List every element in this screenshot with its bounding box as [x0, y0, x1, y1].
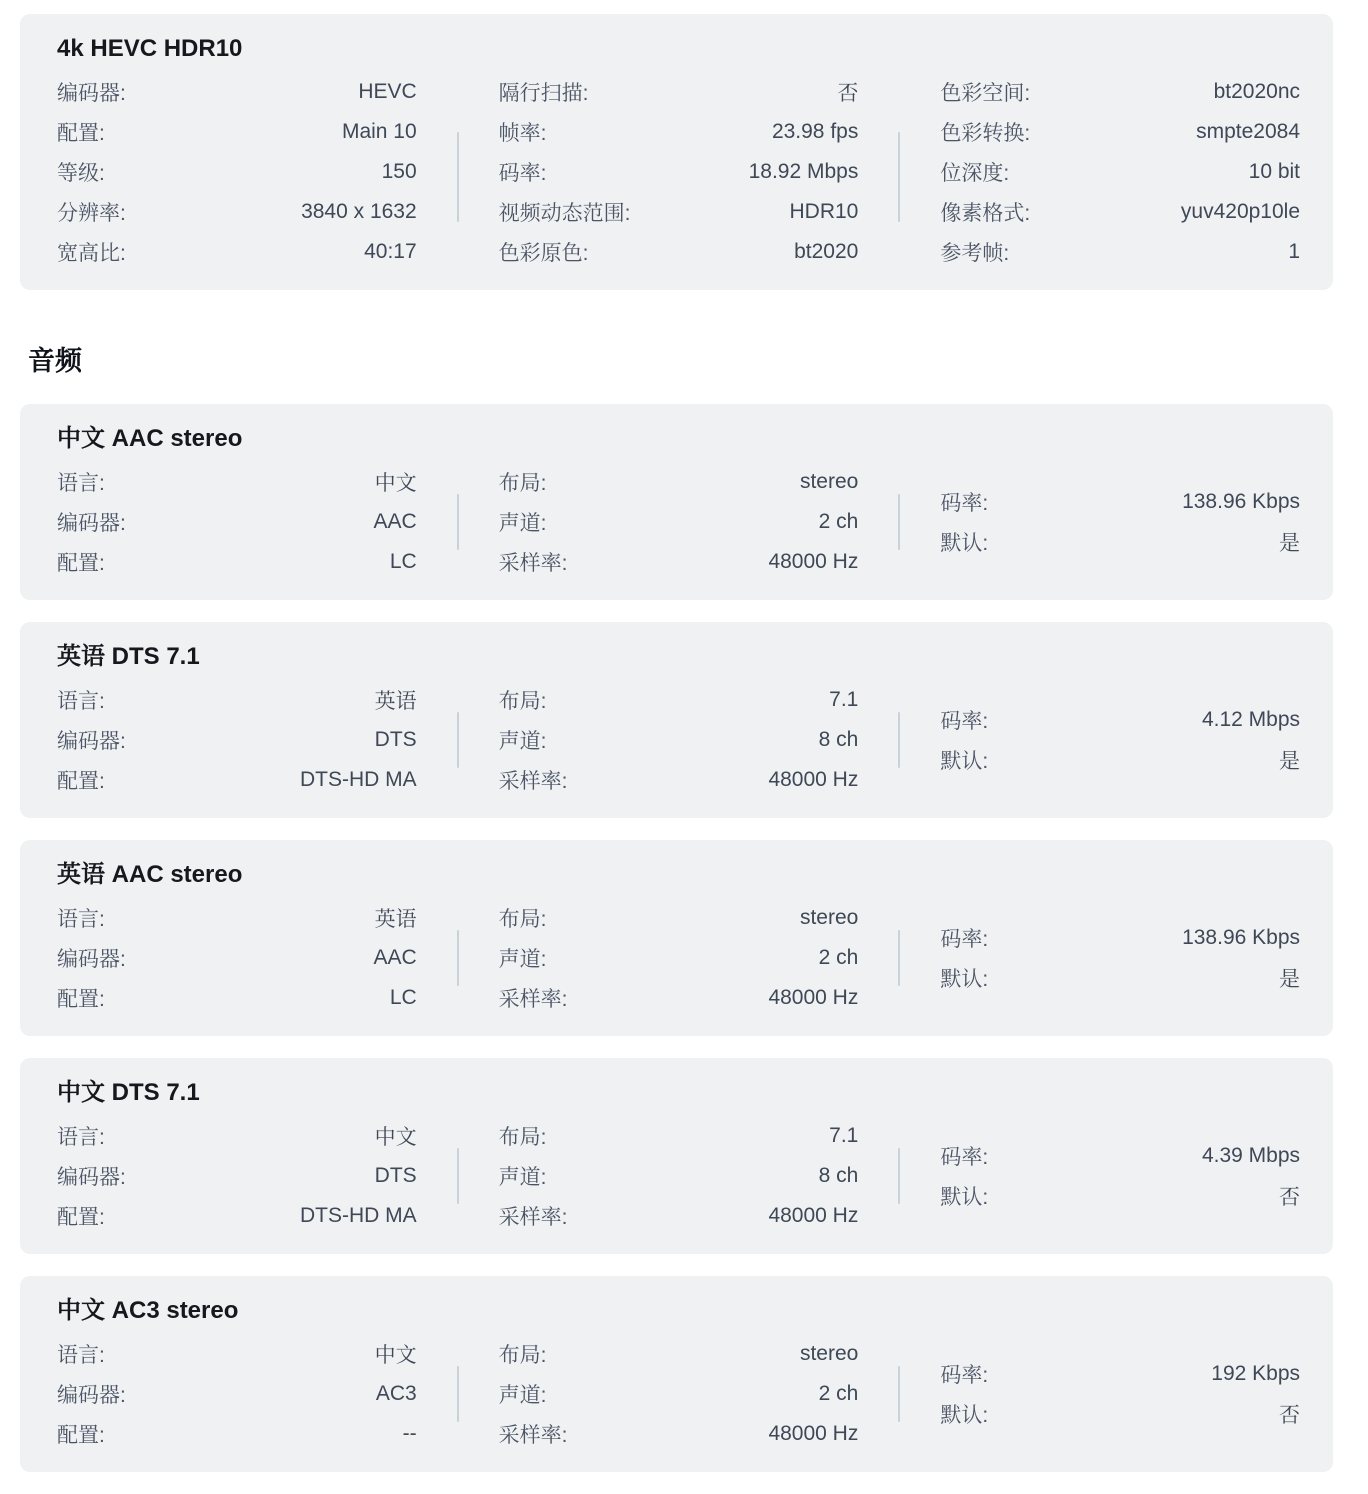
- audio-col-layout: 布局:7.1声道:8 ch采样率:48000 Hz: [499, 1116, 859, 1236]
- field-label: 配置:: [57, 1201, 105, 1231]
- field-value: 2 ch: [819, 510, 859, 534]
- field-label: 声道:: [499, 1379, 547, 1409]
- video-stream-card: 4k HEVC HDR10 编码器:HEVC配置:Main 10等级:150分辨…: [20, 14, 1333, 290]
- field-value: 中文: [375, 467, 417, 497]
- field-label: 语言:: [57, 467, 105, 497]
- info-row: 编码器:DTS: [57, 720, 417, 760]
- vertical-divider: [457, 930, 459, 986]
- audio-col-bitrate: 码率:4.12 Mbps默认:是: [940, 680, 1300, 800]
- field-value: 否: [1279, 1399, 1300, 1429]
- info-row: 布局:stereo: [499, 462, 859, 502]
- field-value: 2 ch: [819, 946, 859, 970]
- field-value: AAC: [373, 510, 416, 534]
- info-row: 语言:英语: [57, 680, 417, 720]
- info-row: 配置:LC: [57, 542, 417, 582]
- field-label: 声道:: [499, 943, 547, 973]
- field-value: 英语: [375, 685, 417, 715]
- field-value: bt2020: [794, 240, 858, 264]
- field-label: 配置:: [57, 983, 105, 1013]
- vertical-divider: [457, 132, 459, 222]
- field-label: 编码器:: [57, 1379, 126, 1409]
- audio-col-codec: 语言:英语编码器:DTS配置:DTS-HD MA: [57, 680, 417, 800]
- info-row: 默认:是: [940, 958, 1300, 998]
- audio-card-columns: 语言:英语编码器:AAC配置:LC 布局:stereo声道:2 ch采样率:48…: [57, 898, 1300, 1018]
- audio-card-title: 中文 AC3 stereo: [57, 1296, 1300, 1326]
- field-label: 像素格式:: [940, 197, 1030, 227]
- info-row: 声道:2 ch: [499, 502, 859, 542]
- field-label: 采样率:: [499, 547, 568, 577]
- vertical-divider: [898, 494, 900, 550]
- info-row: 码率:4.12 Mbps: [940, 700, 1300, 740]
- field-value: bt2020nc: [1214, 80, 1300, 104]
- field-value: stereo: [800, 906, 858, 930]
- field-value: 是: [1279, 963, 1300, 993]
- field-value: DTS: [375, 728, 417, 752]
- field-value: 10 bit: [1249, 160, 1300, 184]
- info-row: 配置:Main 10: [57, 112, 417, 152]
- info-row: 码率:4.39 Mbps: [940, 1136, 1300, 1176]
- audio-stream-card: 中文 AC3 stereo 语言:中文编码器:AC3配置:-- 布局:stere…: [20, 1276, 1333, 1472]
- audio-col-layout: 布局:stereo声道:2 ch采样率:48000 Hz: [499, 462, 859, 582]
- info-row: 码率:192 Kbps: [940, 1354, 1300, 1394]
- audio-col-bitrate: 码率:4.39 Mbps默认:否: [940, 1116, 1300, 1236]
- info-row: 视频动态范围:HDR10: [499, 192, 859, 232]
- info-row: 分辨率:3840 x 1632: [57, 192, 417, 232]
- field-label: 编码器:: [57, 507, 126, 537]
- field-label: 默认:: [940, 1399, 988, 1429]
- field-label: 分辨率:: [57, 197, 126, 227]
- field-label: 编码器:: [57, 725, 126, 755]
- field-value: DTS: [375, 1164, 417, 1188]
- audio-card-columns: 语言:中文编码器:DTS配置:DTS-HD MA 布局:7.1声道:8 ch采样…: [57, 1116, 1300, 1236]
- field-value: 7.1: [829, 1124, 858, 1148]
- info-row: 默认:是: [940, 522, 1300, 562]
- field-value: 48000 Hz: [768, 768, 858, 792]
- field-label: 码率:: [940, 487, 988, 517]
- field-value: HEVC: [358, 80, 416, 104]
- field-value: 40:17: [364, 240, 417, 264]
- info-row: 布局:7.1: [499, 1116, 859, 1156]
- field-value: LC: [390, 550, 417, 574]
- info-row: 配置:--: [57, 1414, 417, 1454]
- audio-col-codec: 语言:中文编码器:DTS配置:DTS-HD MA: [57, 1116, 417, 1236]
- audio-card-columns: 语言:英语编码器:DTS配置:DTS-HD MA 布局:7.1声道:8 ch采样…: [57, 680, 1300, 800]
- field-label: 默认:: [940, 963, 988, 993]
- field-label: 编码器:: [57, 77, 126, 107]
- field-label: 布局:: [499, 903, 547, 933]
- field-label: 位深度:: [940, 157, 1009, 187]
- info-row: 默认:是: [940, 740, 1300, 780]
- info-row: 声道:2 ch: [499, 1374, 859, 1414]
- info-row: 码率:138.96 Kbps: [940, 482, 1300, 522]
- field-value: 23.98 fps: [772, 120, 858, 144]
- audio-card-title: 中文 AAC stereo: [57, 424, 1300, 454]
- field-label: 布局:: [499, 467, 547, 497]
- field-value: DTS-HD MA: [300, 1204, 417, 1228]
- field-label: 帧率:: [499, 117, 547, 147]
- info-row: 位深度:10 bit: [940, 152, 1300, 192]
- info-row: 布局:7.1: [499, 680, 859, 720]
- info-row: 编码器:HEVC: [57, 72, 417, 112]
- info-row: 语言:英语: [57, 898, 417, 938]
- vertical-divider: [898, 712, 900, 768]
- audio-stream-card: 英语 AAC stereo 语言:英语编码器:AAC配置:LC 布局:stere…: [20, 840, 1333, 1036]
- audio-col-codec: 语言:英语编码器:AAC配置:LC: [57, 898, 417, 1018]
- field-value: 2 ch: [819, 1382, 859, 1406]
- media-info-page: 4k HEVC HDR10 编码器:HEVC配置:Main 10等级:150分辨…: [0, 0, 1368, 1472]
- video-card-columns: 编码器:HEVC配置:Main 10等级:150分辨率:3840 x 1632宽…: [57, 72, 1300, 272]
- vertical-divider: [898, 132, 900, 222]
- field-label: 配置:: [57, 765, 105, 795]
- info-row: 色彩原色:bt2020: [499, 232, 859, 272]
- field-label: 码率:: [940, 1141, 988, 1171]
- info-row: 语言:中文: [57, 1334, 417, 1374]
- field-value: 中文: [375, 1339, 417, 1369]
- audio-card-title: 中文 DTS 7.1: [57, 1078, 1300, 1108]
- field-label: 声道:: [499, 507, 547, 537]
- field-label: 采样率:: [499, 983, 568, 1013]
- field-value: 192 Kbps: [1211, 1362, 1300, 1386]
- field-label: 采样率:: [499, 1201, 568, 1231]
- field-value: 否: [837, 77, 858, 107]
- video-col-codec: 编码器:HEVC配置:Main 10等级:150分辨率:3840 x 1632宽…: [57, 72, 417, 272]
- info-row: 色彩转换:smpte2084: [940, 112, 1300, 152]
- field-label: 配置:: [57, 1419, 105, 1449]
- field-label: 视频动态范围:: [499, 197, 631, 227]
- vertical-divider: [898, 1148, 900, 1204]
- audio-stream-card: 中文 DTS 7.1 语言:中文编码器:DTS配置:DTS-HD MA 布局:7…: [20, 1058, 1333, 1254]
- field-value: 150: [382, 160, 417, 184]
- vertical-divider: [457, 1366, 459, 1422]
- field-value: 48000 Hz: [768, 1422, 858, 1446]
- field-value: 否: [1279, 1181, 1300, 1211]
- field-value: Main 10: [342, 120, 417, 144]
- info-row: 采样率:48000 Hz: [499, 542, 859, 582]
- field-label: 语言:: [57, 685, 105, 715]
- info-row: 码率:138.96 Kbps: [940, 918, 1300, 958]
- field-value: 48000 Hz: [768, 1204, 858, 1228]
- info-row: 采样率:48000 Hz: [499, 1196, 859, 1236]
- vertical-divider: [457, 712, 459, 768]
- field-value: HDR10: [789, 200, 858, 224]
- field-label: 码率:: [940, 1359, 988, 1389]
- field-value: smpte2084: [1196, 120, 1300, 144]
- info-row: 声道:8 ch: [499, 1156, 859, 1196]
- field-value: 138.96 Kbps: [1182, 926, 1300, 950]
- audio-col-bitrate: 码率:138.96 Kbps默认:是: [940, 898, 1300, 1018]
- field-value: 8 ch: [819, 1164, 859, 1188]
- info-row: 编码器:AAC: [57, 502, 417, 542]
- field-value: DTS-HD MA: [300, 768, 417, 792]
- audio-col-bitrate: 码率:138.96 Kbps默认:是: [940, 462, 1300, 582]
- info-row: 等级:150: [57, 152, 417, 192]
- field-label: 宽高比:: [57, 237, 126, 267]
- info-row: 语言:中文: [57, 462, 417, 502]
- audio-card-title: 英语 DTS 7.1: [57, 642, 1300, 672]
- field-label: 色彩转换:: [940, 117, 1030, 147]
- vertical-divider: [898, 1366, 900, 1422]
- field-label: 配置:: [57, 547, 105, 577]
- field-value: 18.92 Mbps: [749, 160, 859, 184]
- field-label: 布局:: [499, 1121, 547, 1151]
- field-value: AC3: [376, 1382, 417, 1406]
- field-label: 等级:: [57, 157, 105, 187]
- field-value: 4.12 Mbps: [1202, 708, 1300, 732]
- field-value: 4.39 Mbps: [1202, 1144, 1300, 1168]
- video-card-title: 4k HEVC HDR10: [57, 34, 1300, 64]
- audio-col-layout: 布局:stereo声道:2 ch采样率:48000 Hz: [499, 1334, 859, 1454]
- vertical-divider: [457, 494, 459, 550]
- field-label: 语言:: [57, 903, 105, 933]
- audio-card-title: 英语 AAC stereo: [57, 860, 1300, 890]
- field-label: 语言:: [57, 1339, 105, 1369]
- vertical-divider: [457, 1148, 459, 1204]
- info-row: 参考帧:1: [940, 232, 1300, 272]
- field-label: 码率:: [499, 157, 547, 187]
- field-value: 7.1: [829, 688, 858, 712]
- field-label: 默认:: [940, 1181, 988, 1211]
- audio-col-layout: 布局:stereo声道:2 ch采样率:48000 Hz: [499, 898, 859, 1018]
- field-value: 是: [1279, 745, 1300, 775]
- info-row: 宽高比:40:17: [57, 232, 417, 272]
- info-row: 码率:18.92 Mbps: [499, 152, 859, 192]
- info-row: 布局:stereo: [499, 898, 859, 938]
- info-row: 配置:DTS-HD MA: [57, 1196, 417, 1236]
- field-label: 布局:: [499, 1339, 547, 1369]
- info-row: 默认:否: [940, 1394, 1300, 1434]
- field-label: 采样率:: [499, 1419, 568, 1449]
- info-row: 编码器:AC3: [57, 1374, 417, 1414]
- field-label: 编码器:: [57, 1161, 126, 1191]
- field-value: 中文: [375, 1121, 417, 1151]
- field-value: stereo: [800, 470, 858, 494]
- field-value: 138.96 Kbps: [1182, 490, 1300, 514]
- audio-col-bitrate: 码率:192 Kbps默认:否: [940, 1334, 1300, 1454]
- field-label: 默认:: [940, 745, 988, 775]
- audio-col-layout: 布局:7.1声道:8 ch采样率:48000 Hz: [499, 680, 859, 800]
- video-col-color: 色彩空间:bt2020nc色彩转换:smpte2084位深度:10 bit像素格…: [940, 72, 1300, 272]
- info-row: 配置:DTS-HD MA: [57, 760, 417, 800]
- field-label: 隔行扫描:: [499, 77, 589, 107]
- audio-stream-list: 中文 AAC stereo 语言:中文编码器:AAC配置:LC 布局:stere…: [20, 404, 1333, 1472]
- audio-col-codec: 语言:中文编码器:AC3配置:--: [57, 1334, 417, 1454]
- info-row: 布局:stereo: [499, 1334, 859, 1374]
- info-row: 采样率:48000 Hz: [499, 1414, 859, 1454]
- field-label: 默认:: [940, 527, 988, 557]
- info-row: 像素格式:yuv420p10le: [940, 192, 1300, 232]
- info-row: 采样率:48000 Hz: [499, 760, 859, 800]
- audio-card-columns: 语言:中文编码器:AAC配置:LC 布局:stereo声道:2 ch采样率:48…: [57, 462, 1300, 582]
- info-row: 编码器:DTS: [57, 1156, 417, 1196]
- info-row: 配置:LC: [57, 978, 417, 1018]
- info-row: 声道:2 ch: [499, 938, 859, 978]
- video-col-rate: 隔行扫描:否帧率:23.98 fps码率:18.92 Mbps视频动态范围:HD…: [499, 72, 859, 272]
- field-value: yuv420p10le: [1181, 200, 1300, 224]
- info-row: 语言:中文: [57, 1116, 417, 1156]
- field-label: 采样率:: [499, 765, 568, 795]
- audio-stream-card: 英语 DTS 7.1 语言:英语编码器:DTS配置:DTS-HD MA 布局:7…: [20, 622, 1333, 818]
- info-row: 声道:8 ch: [499, 720, 859, 760]
- info-row: 编码器:AAC: [57, 938, 417, 978]
- info-row: 采样率:48000 Hz: [499, 978, 859, 1018]
- field-label: 码率:: [940, 705, 988, 735]
- field-label: 编码器:: [57, 943, 126, 973]
- field-value: --: [403, 1422, 417, 1446]
- audio-section-title: 音频: [28, 346, 1333, 376]
- audio-card-columns: 语言:中文编码器:AC3配置:-- 布局:stereo声道:2 ch采样率:48…: [57, 1334, 1300, 1454]
- field-label: 色彩原色:: [499, 237, 589, 267]
- field-value: 48000 Hz: [768, 550, 858, 574]
- field-label: 色彩空间:: [940, 77, 1030, 107]
- field-label: 布局:: [499, 685, 547, 715]
- info-row: 帧率:23.98 fps: [499, 112, 859, 152]
- field-value: LC: [390, 986, 417, 1010]
- field-value: 英语: [375, 903, 417, 933]
- info-row: 默认:否: [940, 1176, 1300, 1216]
- field-value: 1: [1288, 240, 1300, 264]
- vertical-divider: [898, 930, 900, 986]
- field-label: 声道:: [499, 725, 547, 755]
- field-value: 48000 Hz: [768, 986, 858, 1010]
- audio-stream-card: 中文 AAC stereo 语言:中文编码器:AAC配置:LC 布局:stere…: [20, 404, 1333, 600]
- field-label: 码率:: [940, 923, 988, 953]
- field-label: 配置:: [57, 117, 105, 147]
- field-value: 是: [1279, 527, 1300, 557]
- field-value: AAC: [373, 946, 416, 970]
- field-value: 3840 x 1632: [301, 200, 417, 224]
- field-value: 8 ch: [819, 728, 859, 752]
- field-label: 语言:: [57, 1121, 105, 1151]
- info-row: 色彩空间:bt2020nc: [940, 72, 1300, 112]
- audio-col-codec: 语言:中文编码器:AAC配置:LC: [57, 462, 417, 582]
- field-value: stereo: [800, 1342, 858, 1366]
- field-label: 声道:: [499, 1161, 547, 1191]
- info-row: 隔行扫描:否: [499, 72, 859, 112]
- field-label: 参考帧:: [940, 237, 1009, 267]
